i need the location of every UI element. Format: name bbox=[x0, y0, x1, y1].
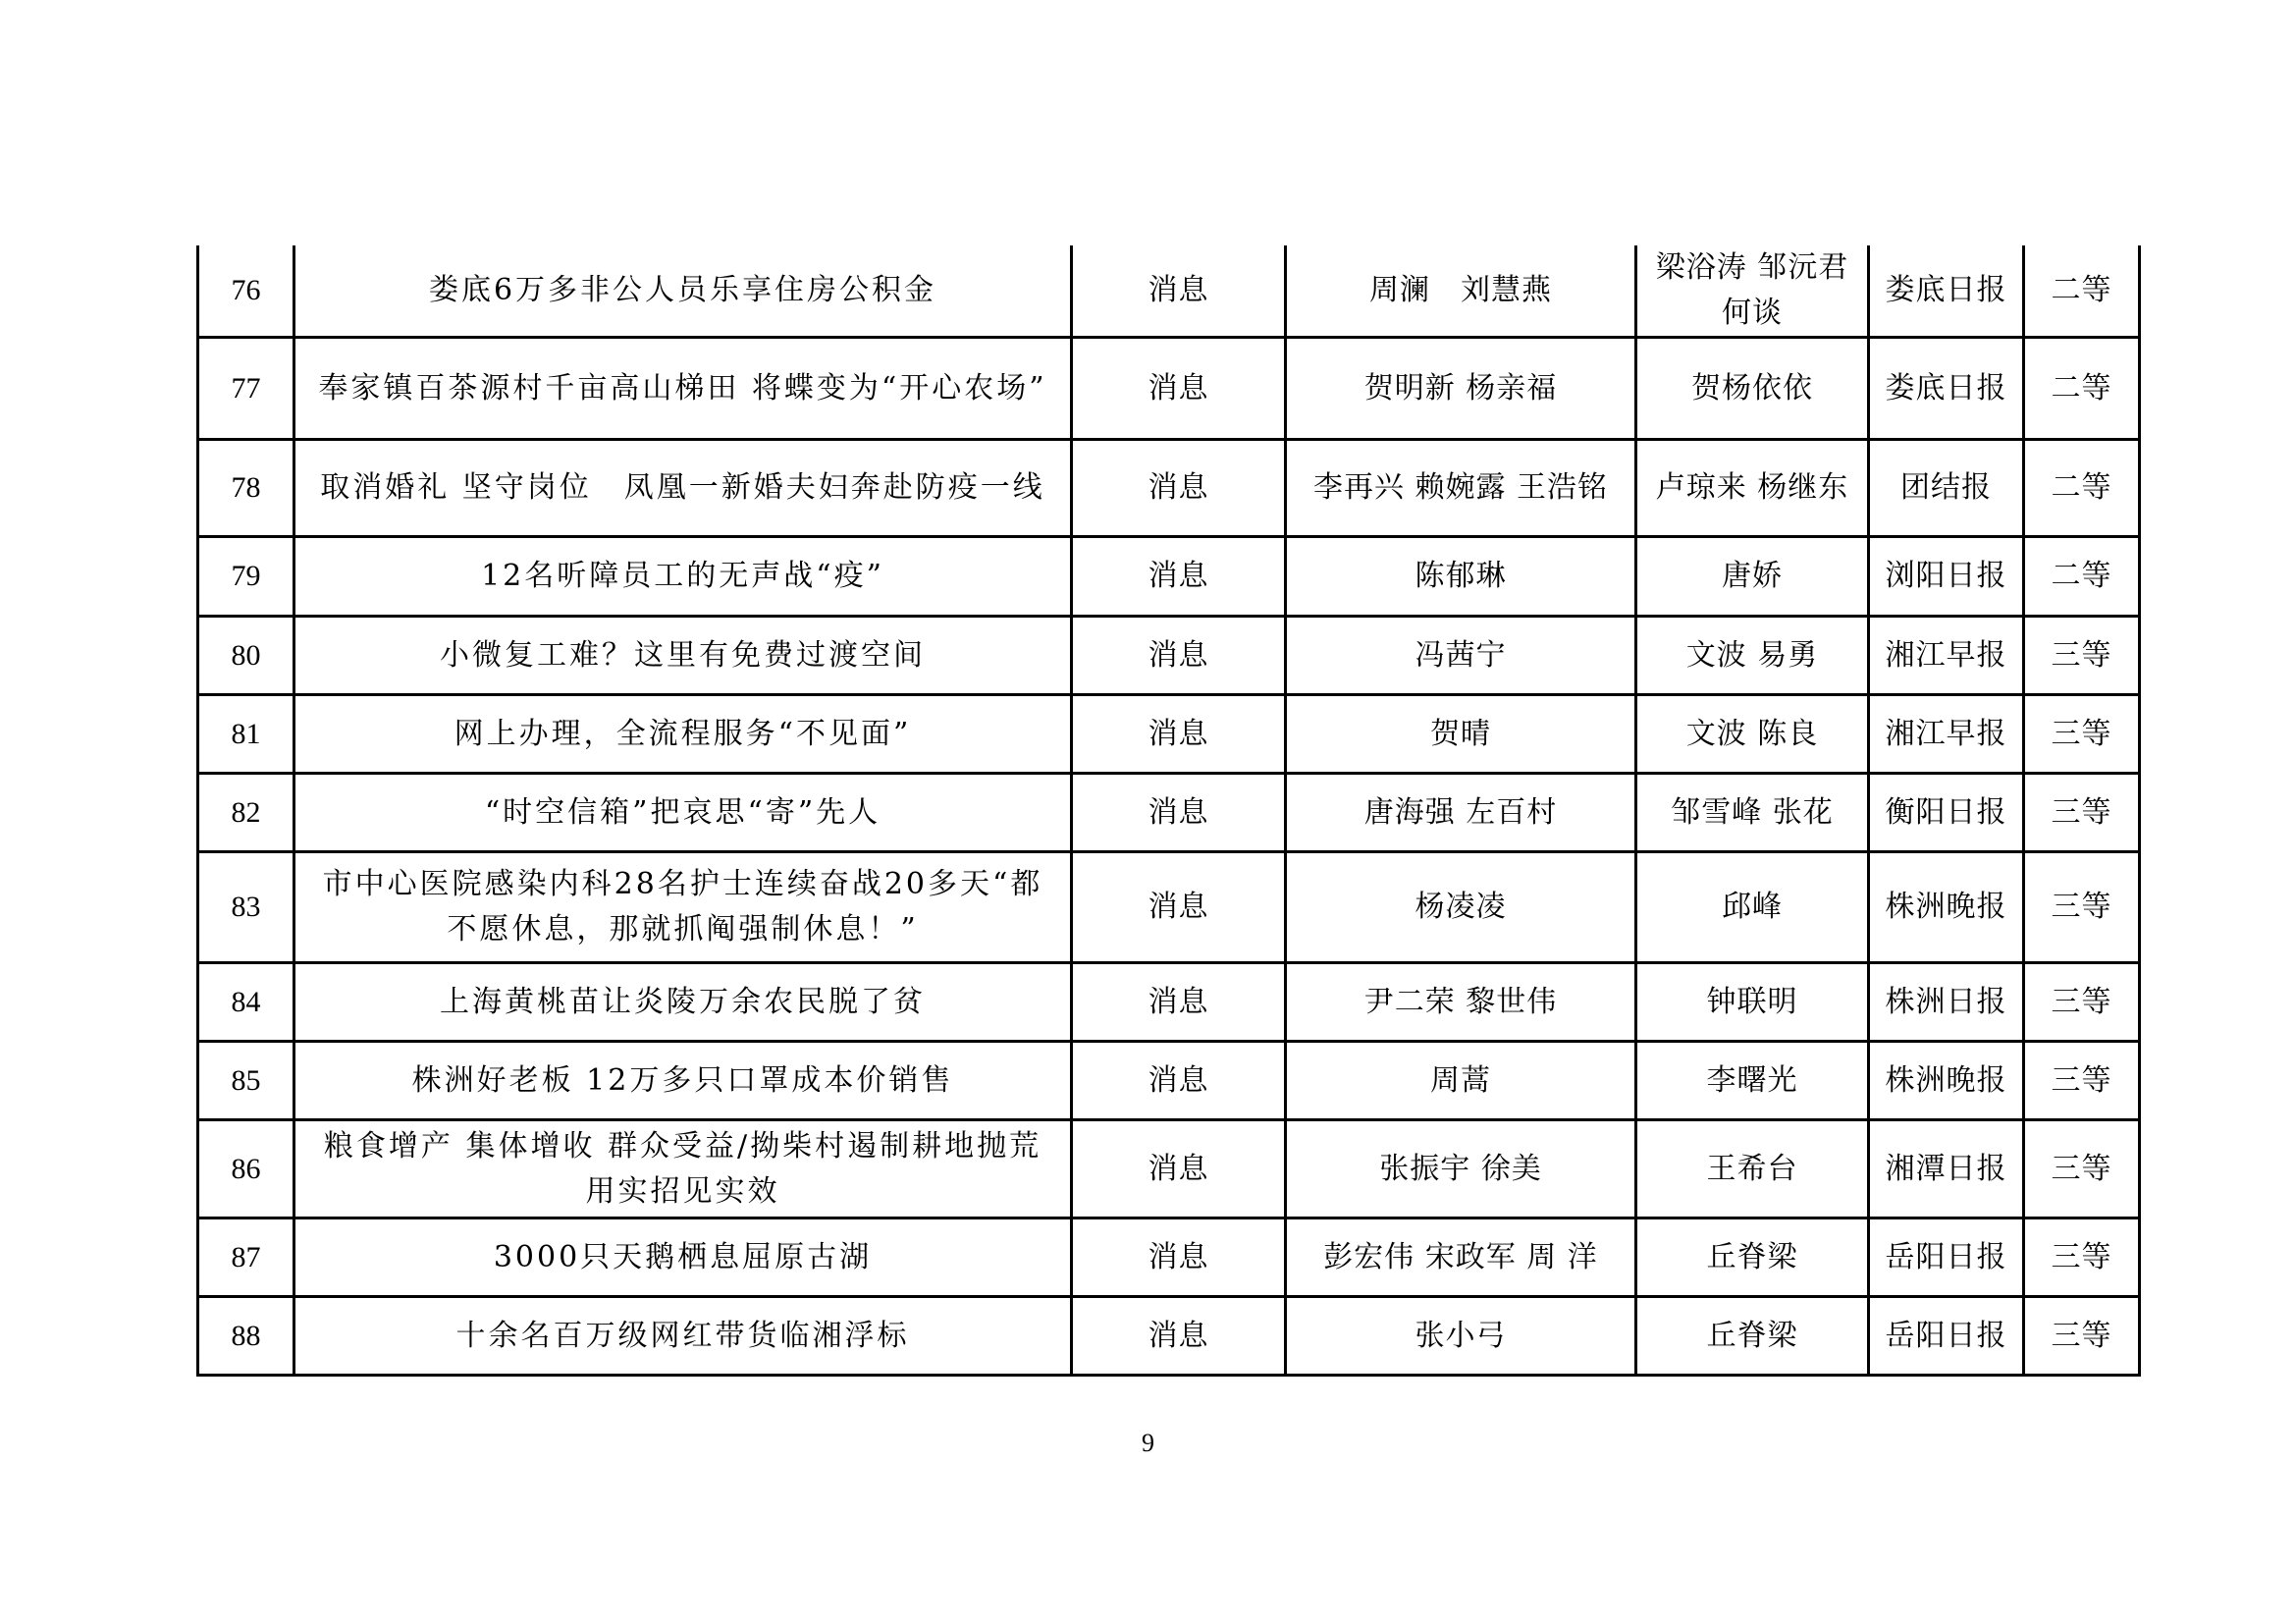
work-title: “时空信箱”把哀思“寄”先人 bbox=[294, 774, 1072, 852]
author: 彭宏伟 宋政军 周 洋 bbox=[1286, 1218, 1636, 1297]
row-number: 77 bbox=[198, 338, 294, 440]
media: 湘潭日报 bbox=[1869, 1120, 2024, 1218]
grade: 三等 bbox=[2024, 1120, 2140, 1218]
work-title: 小微复工难？这里有免费过渡空间 bbox=[294, 617, 1072, 695]
media: 岳阳日报 bbox=[1869, 1297, 2024, 1376]
table-row: 85 株洲好老板 12万多只口罩成本价销售 消息 周蒿 李曙光 株洲晚报 三等 bbox=[198, 1042, 2140, 1120]
editor: 丘脊梁 bbox=[1636, 1297, 1869, 1376]
row-number: 85 bbox=[198, 1042, 294, 1120]
genre: 消息 bbox=[1072, 852, 1286, 963]
awards-table: 76 娄底6万多非公人员乐享住房公积金 消息 周澜 刘慧燕 梁浴涛 邹沅君 何谈… bbox=[196, 245, 2141, 1377]
genre: 消息 bbox=[1072, 774, 1286, 852]
editor: 邹雪峰 张花 bbox=[1636, 774, 1869, 852]
table-row: 87 3000只天鹅栖息屈原古湖 消息 彭宏伟 宋政军 周 洋 丘脊梁 岳阳日报… bbox=[198, 1218, 2140, 1297]
author: 唐海强 左百村 bbox=[1286, 774, 1636, 852]
editor: 文波 陈良 bbox=[1636, 695, 1869, 774]
work-title: 市中心医院感染内科28名护士连续奋战20多天“都不愿休息，那就抓阄强制休息！” bbox=[294, 852, 1072, 963]
genre: 消息 bbox=[1072, 695, 1286, 774]
row-number: 83 bbox=[198, 852, 294, 963]
media: 浏阳日报 bbox=[1869, 537, 2024, 617]
row-number: 88 bbox=[198, 1297, 294, 1376]
row-number: 80 bbox=[198, 617, 294, 695]
page-number: 9 bbox=[0, 1429, 2296, 1458]
editor: 邱峰 bbox=[1636, 852, 1869, 963]
editor: 唐娇 bbox=[1636, 537, 1869, 617]
work-title: 12名听障员工的无声战“疫” bbox=[294, 537, 1072, 617]
author: 李再兴 赖婉露 王浩铭 bbox=[1286, 440, 1636, 537]
genre: 消息 bbox=[1072, 338, 1286, 440]
table-row: 80 小微复工难？这里有免费过渡空间 消息 冯茜宁 文波 易勇 湘江早报 三等 bbox=[198, 617, 2140, 695]
author: 尹二荣 黎世伟 bbox=[1286, 963, 1636, 1042]
table-row: 86 粮食增产 集体增收 群众受益/拗柴村遏制耕地抛荒用实招见实效 消息 张振宇… bbox=[198, 1120, 2140, 1218]
grade: 二等 bbox=[2024, 338, 2140, 440]
work-title: 3000只天鹅栖息屈原古湖 bbox=[294, 1218, 1072, 1297]
grade: 二等 bbox=[2024, 245, 2140, 338]
author: 冯茜宁 bbox=[1286, 617, 1636, 695]
genre: 消息 bbox=[1072, 1297, 1286, 1376]
editor: 钟联明 bbox=[1636, 963, 1869, 1042]
table-row: 88 十余名百万级网红带货临湘浮标 消息 张小弓 丘脊梁 岳阳日报 三等 bbox=[198, 1297, 2140, 1376]
media: 株洲晚报 bbox=[1869, 1042, 2024, 1120]
table-row: 76 娄底6万多非公人员乐享住房公积金 消息 周澜 刘慧燕 梁浴涛 邹沅君 何谈… bbox=[198, 245, 2140, 338]
table-row: 79 12名听障员工的无声战“疫” 消息 陈郁琳 唐娇 浏阳日报 二等 bbox=[198, 537, 2140, 617]
genre: 消息 bbox=[1072, 617, 1286, 695]
row-number: 84 bbox=[198, 963, 294, 1042]
grade: 三等 bbox=[2024, 1297, 2140, 1376]
document-page: 76 娄底6万多非公人员乐享住房公积金 消息 周澜 刘慧燕 梁浴涛 邹沅君 何谈… bbox=[0, 0, 2296, 1624]
author: 杨凌凌 bbox=[1286, 852, 1636, 963]
table-row: 83 市中心医院感染内科28名护士连续奋战20多天“都不愿休息，那就抓阄强制休息… bbox=[198, 852, 2140, 963]
work-title: 上海黄桃苗让炎陵万余农民脱了贫 bbox=[294, 963, 1072, 1042]
media: 湘江早报 bbox=[1869, 695, 2024, 774]
genre: 消息 bbox=[1072, 1042, 1286, 1120]
grade: 三等 bbox=[2024, 963, 2140, 1042]
row-number: 78 bbox=[198, 440, 294, 537]
row-number: 86 bbox=[198, 1120, 294, 1218]
media: 株洲日报 bbox=[1869, 963, 2024, 1042]
media: 衡阳日报 bbox=[1869, 774, 2024, 852]
media: 岳阳日报 bbox=[1869, 1218, 2024, 1297]
row-number: 81 bbox=[198, 695, 294, 774]
grade: 三等 bbox=[2024, 1218, 2140, 1297]
work-title: 奉家镇百茶源村千亩高山梯田 将蝶变为“开心农场” bbox=[294, 338, 1072, 440]
work-title: 娄底6万多非公人员乐享住房公积金 bbox=[294, 245, 1072, 338]
author: 陈郁琳 bbox=[1286, 537, 1636, 617]
row-number: 79 bbox=[198, 537, 294, 617]
media: 娄底日报 bbox=[1869, 245, 2024, 338]
genre: 消息 bbox=[1072, 440, 1286, 537]
table-row: 81 网上办理，全流程服务“不见面” 消息 贺晴 文波 陈良 湘江早报 三等 bbox=[198, 695, 2140, 774]
media: 团结报 bbox=[1869, 440, 2024, 537]
row-number: 82 bbox=[198, 774, 294, 852]
editor: 贺杨依依 bbox=[1636, 338, 1869, 440]
grade: 二等 bbox=[2024, 537, 2140, 617]
editor: 梁浴涛 邹沅君 何谈 bbox=[1636, 245, 1869, 338]
genre: 消息 bbox=[1072, 963, 1286, 1042]
work-title: 粮食增产 集体增收 群众受益/拗柴村遏制耕地抛荒用实招见实效 bbox=[294, 1120, 1072, 1218]
grade: 三等 bbox=[2024, 1042, 2140, 1120]
row-number: 87 bbox=[198, 1218, 294, 1297]
grade: 三等 bbox=[2024, 617, 2140, 695]
row-number: 76 bbox=[198, 245, 294, 338]
author: 贺晴 bbox=[1286, 695, 1636, 774]
genre: 消息 bbox=[1072, 1120, 1286, 1218]
grade: 二等 bbox=[2024, 440, 2140, 537]
table-row: 84 上海黄桃苗让炎陵万余农民脱了贫 消息 尹二荣 黎世伟 钟联明 株洲日报 三… bbox=[198, 963, 2140, 1042]
author: 周蒿 bbox=[1286, 1042, 1636, 1120]
table-row: 78 取消婚礼 坚守岗位 凤凰一新婚夫妇奔赴防疫一线 消息 李再兴 赖婉露 王浩… bbox=[198, 440, 2140, 537]
author: 张小弓 bbox=[1286, 1297, 1636, 1376]
editor: 文波 易勇 bbox=[1636, 617, 1869, 695]
genre: 消息 bbox=[1072, 1218, 1286, 1297]
work-title: 网上办理，全流程服务“不见面” bbox=[294, 695, 1072, 774]
genre: 消息 bbox=[1072, 537, 1286, 617]
media: 娄底日报 bbox=[1869, 338, 2024, 440]
grade: 三等 bbox=[2024, 852, 2140, 963]
work-title: 取消婚礼 坚守岗位 凤凰一新婚夫妇奔赴防疫一线 bbox=[294, 440, 1072, 537]
editor: 卢琼来 杨继东 bbox=[1636, 440, 1869, 537]
table-row: 82 “时空信箱”把哀思“寄”先人 消息 唐海强 左百村 邹雪峰 张花 衡阳日报… bbox=[198, 774, 2140, 852]
grade: 三等 bbox=[2024, 695, 2140, 774]
editor: 王希台 bbox=[1636, 1120, 1869, 1218]
author: 周澜 刘慧燕 bbox=[1286, 245, 1636, 338]
author: 贺明新 杨亲福 bbox=[1286, 338, 1636, 440]
author: 张振宇 徐美 bbox=[1286, 1120, 1636, 1218]
awards-table-body: 76 娄底6万多非公人员乐享住房公积金 消息 周澜 刘慧燕 梁浴涛 邹沅君 何谈… bbox=[198, 245, 2140, 1376]
table-row: 77 奉家镇百茶源村千亩高山梯田 将蝶变为“开心农场” 消息 贺明新 杨亲福 贺… bbox=[198, 338, 2140, 440]
editor: 李曙光 bbox=[1636, 1042, 1869, 1120]
grade: 三等 bbox=[2024, 774, 2140, 852]
work-title: 株洲好老板 12万多只口罩成本价销售 bbox=[294, 1042, 1072, 1120]
work-title: 十余名百万级网红带货临湘浮标 bbox=[294, 1297, 1072, 1376]
media: 湘江早报 bbox=[1869, 617, 2024, 695]
media: 株洲晚报 bbox=[1869, 852, 2024, 963]
editor: 丘脊梁 bbox=[1636, 1218, 1869, 1297]
genre: 消息 bbox=[1072, 245, 1286, 338]
